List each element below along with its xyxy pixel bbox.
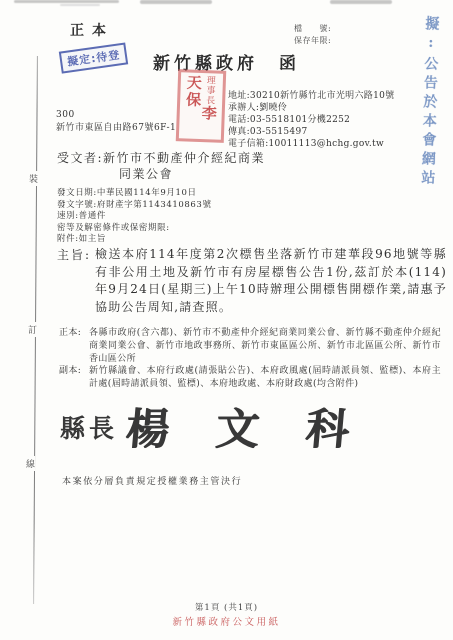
attachment-note: 附件:如主旨 xyxy=(57,234,212,246)
agency-contact-block: 地址:30210新竹縣竹北市光明六路10號 承辦人:劉曉伶 電話:03-5518… xyxy=(228,90,394,150)
security-classification: 密等及解密條件或保密期限: xyxy=(57,223,212,235)
copy-recipients-row: 副本: 新竹縣議會、本府行政處(請張貼公告)、本府政風處(屆時請派員領、監標)、… xyxy=(59,365,441,391)
copy-recipients: 新竹縣議會、本府行政處(請張貼公告)、本府政風處(屆時請派員領、監標)、本府主計… xyxy=(89,365,441,391)
recipient-street-address: 新竹市東區自由路67號6F-1 xyxy=(56,122,176,135)
binding-char-ding: 訂 xyxy=(28,322,37,337)
contact-fax: 傳真:03-5515497 xyxy=(228,126,394,138)
issue-date: 發文日期:中華民國114年9月10日 xyxy=(57,188,212,200)
delivery-speed: 速別:普通件 xyxy=(57,211,212,223)
binding-char-zhuang: 裝 xyxy=(29,171,38,186)
scan-artifact xyxy=(14,0,119,3)
page-number: 第1頁 (共1頁) xyxy=(0,601,453,613)
retention-period-label: 保存年限: xyxy=(294,35,331,47)
copy-label: 副本: xyxy=(59,365,89,391)
seal-role: 理事長 xyxy=(204,75,215,105)
recipient-zip: 300 xyxy=(56,109,176,122)
delegation-note: 本案依分層負責規定授權業務主管決行 xyxy=(62,474,242,487)
letterhead-paper-label: 新竹縣政府公文用紙 xyxy=(0,614,453,628)
agency-address: 地址:30210新竹縣竹北市光明六路10號 xyxy=(228,90,394,102)
file-number-block: 檔 號: 保存年限: xyxy=(294,23,331,47)
original-recipients: 各縣市政府(含六都)、新竹市不動產仲介經紀商業同業公會、新竹縣不動產仲介經紀商業… xyxy=(89,327,441,365)
original-label: 正本: xyxy=(59,327,89,365)
recipient-address-block: 300 新竹市東區自由路67號6F-1 xyxy=(56,109,176,134)
handwritten-margin-note: 擬:公告於本會網站 xyxy=(416,16,441,216)
contact-email: 電子信箱:10011113@hchg.gov.tw xyxy=(228,138,394,150)
subject-label: 主旨: xyxy=(57,246,95,316)
official-letter-page: 正本 檔 號: 保存年限: 新竹縣政府 函 擬定:待登 理事長李天保 擬:公告於… xyxy=(0,0,453,640)
copy-type-label: 正本 xyxy=(70,20,114,40)
scan-artifact xyxy=(330,0,392,4)
signature-block: 縣長 楊 文 科 xyxy=(60,396,365,457)
addressee-block: 受文者:新竹市不動產仲介經紀商業 同業公會 xyxy=(57,150,265,182)
signer-name-calligraphy: 楊 文 科 xyxy=(123,396,367,457)
binding-char-xian: 線 xyxy=(26,456,35,471)
signer-title: 縣長 xyxy=(60,409,118,445)
document-meta-block: 發文日期:中華民國114年9月10日 發文字號:府財產字第1143410863號… xyxy=(57,188,212,246)
scan-artifact xyxy=(140,0,212,4)
original-recipients-row: 正本: 各縣市政府(含六都)、新竹市不動產仲介經紀商業同業公會、新竹縣不動產仲介… xyxy=(59,327,441,365)
contact-phone: 電話:03-5518101分機2252 xyxy=(228,114,394,126)
subject-block: 主旨: 檢送本府114年度第2次標售坐落新竹市建華段96地號等縣有非公用土地及新… xyxy=(57,246,447,316)
addressee-line2: 同業公會 xyxy=(57,166,265,182)
addressee-line1: 受文者:新竹市不動產仲介經紀商業 xyxy=(57,150,265,166)
file-number-label: 檔 號: xyxy=(294,23,331,35)
chairman-seal: 理事長李天保 xyxy=(176,69,226,143)
reference-number: 發文字號:府財產字第1143410863號 xyxy=(57,200,212,212)
distribution-block: 正本: 各縣市政府(含六都)、新竹市不動產仲介經紀商業同業公會、新竹縣不動產仲介… xyxy=(59,327,441,391)
contact-person: 承辦人:劉曉伶 xyxy=(228,102,394,114)
scan-artifact xyxy=(60,4,100,6)
subject-text: 檢送本府114年度第2次標售坐落新竹市建華段96地號等縣有非公用土地及新竹市有房… xyxy=(95,246,447,316)
